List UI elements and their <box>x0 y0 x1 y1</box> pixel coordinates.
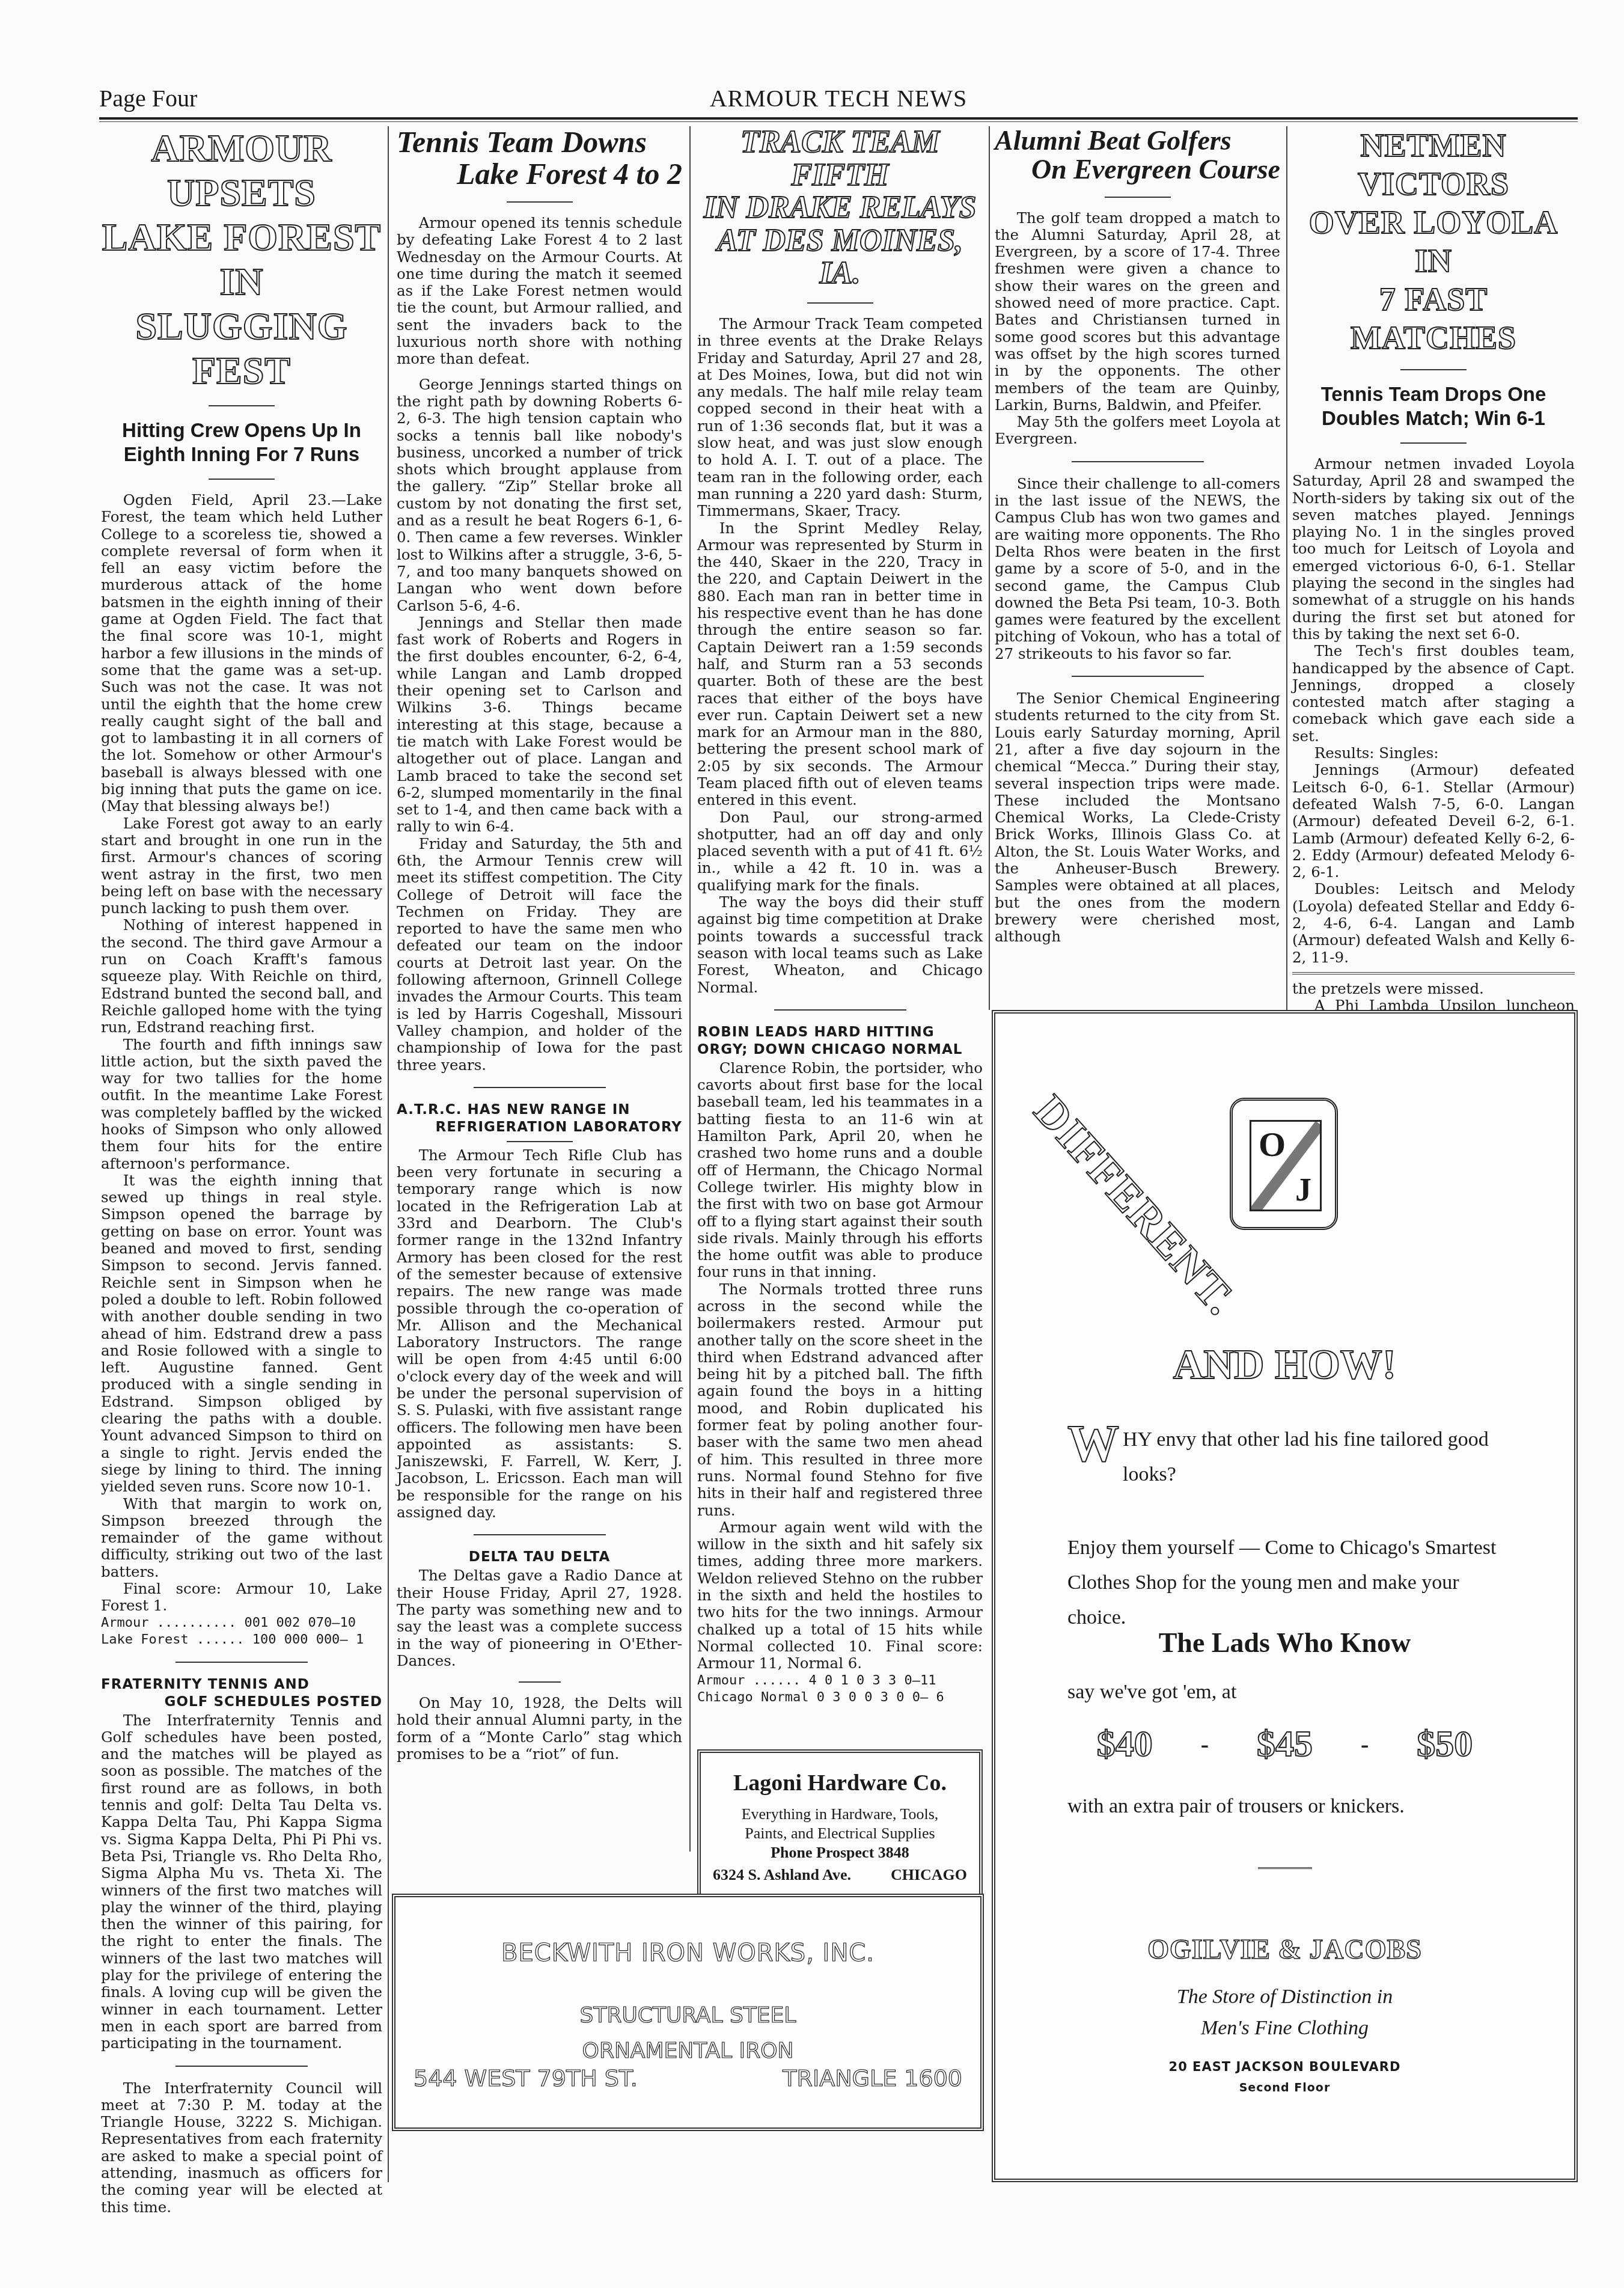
team-name: Chicago Normal <box>697 1690 808 1705</box>
headline-line: REFRIGERATION LABORATORY <box>397 1119 682 1136</box>
article-baseball: ARMOUR UPSETS LAKE FOREST IN SLUGGING FE… <box>101 126 382 1648</box>
innings: 001 002 070 <box>244 1615 332 1630</box>
paragraph: The Senior Chemical Engineering students… <box>995 690 1280 945</box>
article-golf: Alumni Beat Golfers On Evergreen Course … <box>995 126 1280 448</box>
paragraph: Nothing of interest happened in the seco… <box>101 917 382 1036</box>
ad-body: Enjoy them yourself — Come to Chicago's … <box>1067 1531 1502 1635</box>
divider <box>807 302 873 304</box>
paragraph: Don Paul, our strong-armed shotputter, h… <box>697 809 983 894</box>
ad-body: WHY envy that other lad his fine tailore… <box>1067 1422 1502 1492</box>
paper-name: ARMOUR TECH NEWS <box>99 84 1578 112</box>
paragraph: George Jennings started things on the ri… <box>397 376 682 614</box>
ad-phone: TRIANGLE 1600 <box>783 2065 962 2091</box>
ad-title: Lagoni Hardware Co. <box>701 1770 979 1796</box>
price-separator: - <box>1361 1730 1369 1758</box>
column-2: Tennis Team Downs Lake Forest 4 to 2 Arm… <box>397 126 682 1763</box>
ad-tagline: AND HOW! <box>995 1341 1574 1389</box>
column-divider <box>1286 126 1287 1010</box>
article-frat-schedules: FRATERNITY TENNIS AND GOLF SCHEDULES POS… <box>101 1676 382 2052</box>
paragraph: The Armour Tech Rifle Club has been very… <box>397 1147 682 1522</box>
paragraph: Jennings and Stellar then made fast work… <box>397 614 682 836</box>
ad-text: say we've got 'em, at <box>1067 1675 1502 1710</box>
ad-title: BECKWITH IRON WORKS, INC. <box>395 1939 980 1967</box>
innings: 0 3 0 0 3 0 0 <box>817 1690 920 1705</box>
total: 6 <box>936 1690 944 1705</box>
store-tagline: The Store of Distinction in Men's Fine C… <box>995 1981 1574 2044</box>
paragraph: Friday and Saturday, the 5th and 6th, th… <box>397 836 682 1074</box>
innings: 100 000 000 <box>252 1632 340 1647</box>
paragraph: the pretzels were missed. <box>1292 980 1575 997</box>
tagline-line: The Store of Distinction in <box>995 1981 1574 2013</box>
street: 6324 S. Ashland Ave. <box>713 1866 851 1884</box>
paragraph: It was the eighth inning that sewed up t… <box>101 1172 382 1496</box>
article-netmen: NETMEN VICTORS OVER LOYOLA IN 7 FAST MAT… <box>1292 126 1575 966</box>
ad-phone: Phone Prospect 3848 <box>701 1843 979 1862</box>
drop-cap: W <box>1067 1422 1119 1464</box>
ad-lagoni-hardware: Lagoni Hardware Co. Everything in Hardwa… <box>697 1749 983 1903</box>
box-score: Armour .......... 001 002 070—10 Lake Fo… <box>101 1615 382 1648</box>
column-5: NETMEN VICTORS OVER LOYOLA IN 7 FAST MAT… <box>1292 126 1575 1100</box>
headline: ARMOUR UPSETS LAKE FOREST IN SLUGGING FE… <box>101 126 382 393</box>
divider <box>1400 369 1467 370</box>
paragraph: With that margin to work on, Simpson bre… <box>101 1496 382 1580</box>
headline-line: AT DES MOINES, IA. <box>697 225 983 290</box>
masthead: Page Four ARMOUR TECH NEWS <box>99 84 1578 120</box>
article-council: The Interfraternity Council will meet at… <box>101 2080 382 2216</box>
divider <box>474 1087 606 1088</box>
headline-line: TRACK TEAM FIFTH <box>697 126 983 192</box>
article-campus-club: Since their challenge to all-comers in t… <box>995 476 1280 662</box>
paragraph: Clarence Robin, the portsider, who cavor… <box>697 1060 983 1281</box>
store-floor: Second Floor <box>995 2081 1574 2094</box>
divider <box>1258 1867 1312 1869</box>
paragraph: Armour netmen invaded Loyola Saturday, A… <box>1292 456 1575 643</box>
paragraph: Armour opened its tennis schedule by def… <box>397 215 682 368</box>
column-1: ARMOUR UPSETS LAKE FOREST IN SLUGGING FE… <box>101 126 382 2216</box>
paragraph: In the Sprint Medley Relay, Armour was r… <box>697 520 983 809</box>
total: 10 <box>340 1615 356 1630</box>
paragraph: The Interfraternity Tennis and Golf sche… <box>101 1712 382 2052</box>
team-name: Lake Forest <box>101 1632 189 1647</box>
column-4: Alumni Beat Golfers On Evergreen Course … <box>995 126 1280 945</box>
divider <box>774 1009 906 1011</box>
price-separator: - <box>1201 1730 1209 1758</box>
column-divider <box>689 126 691 1852</box>
article-headline: DELTA TAU DELTA <box>397 1549 682 1566</box>
headline-line: ORGY; DOWN CHICAGO NORMAL <box>697 1041 983 1059</box>
paragraph: Final score: Armour 10, Lake Forest 1. <box>101 1580 382 1615</box>
headline-line: NETMEN VICTORS <box>1292 126 1575 203</box>
box-score: Armour ...... 4 0 1 0 3 3 0—11 Chicago N… <box>697 1672 983 1706</box>
paragraph: The Tech's first doubles team, handicapp… <box>1292 643 1575 745</box>
masthead-rule <box>99 117 1578 122</box>
ad-text: Paints, and Electrical Supplies <box>701 1824 979 1843</box>
headline: NETMEN VICTORS OVER LOYOLA IN 7 FAST MAT… <box>1292 126 1575 357</box>
ad-address: 6324 S. Ashland Ave. CHICAGO <box>701 1866 979 1884</box>
paragraph: The golf team dropped a match to the Alu… <box>995 210 1280 414</box>
paragraph: Doubles: Leitsch and Melody (Loyola) def… <box>1292 881 1575 965</box>
divider <box>209 405 275 406</box>
store-address: 20 EAST JACKSON BOULEVARD <box>995 2060 1574 2074</box>
column-3: TRACK TEAM FIFTH IN DRAKE RELAYS AT DES … <box>697 126 983 1706</box>
article-chem-trip: The Senior Chemical Engineering students… <box>995 690 1280 945</box>
divider <box>474 1534 606 1535</box>
column-divider <box>989 126 990 1010</box>
logo-letter: O <box>1259 1124 1286 1164</box>
article-tennis: Tennis Team Downs Lake Forest 4 to 2 Arm… <box>397 126 682 1074</box>
divider <box>507 201 573 203</box>
headline-line: OVER LOYOLA IN <box>1292 203 1575 280</box>
divider <box>1105 197 1171 198</box>
ad-ogilvie-jacobs: DIFFERENT. O J AND HOW! WHY envy that ot… <box>992 1010 1578 2182</box>
headline: TRACK TEAM FIFTH IN DRAKE RELAYS AT DES … <box>697 126 983 290</box>
headline: Alumni Beat Golfers On Evergreen Course <box>995 126 1280 185</box>
price: $50 <box>1417 1723 1473 1766</box>
headline-line: IN DRAKE RELAYS <box>697 192 983 225</box>
headline-line: GOLF SCHEDULES POSTED <box>101 1693 382 1711</box>
store-name: OGILVIE & JACOBS <box>995 1933 1574 1965</box>
headline-line: FRATERNITY TENNIS AND <box>101 1676 382 1693</box>
headline-line: Lake Forest 4 to 2 <box>397 158 682 190</box>
tagline-line: Men's Fine Clothing <box>995 2013 1574 2044</box>
divider <box>176 1662 308 1663</box>
ad-footer: 544 WEST 79TH ST. TRIANGLE 1600 <box>414 2065 962 2091</box>
headline-line: LAKE FOREST IN <box>101 215 382 304</box>
headline-line: On Evergreen Course <box>995 155 1280 184</box>
ad-text: HY envy that other lad his fine tailored… <box>1123 1428 1489 1485</box>
ad-heading: The Lads Who Know <box>995 1627 1574 1659</box>
headline-line: SLUGGING FEST <box>101 304 382 393</box>
paragraph: Ogden Field, April 23.—Lake Forest, the … <box>101 492 382 815</box>
ad-slogan: DIFFERENT. <box>1024 1086 1247 1326</box>
innings: 4 0 1 0 3 3 0 <box>808 1673 912 1688</box>
paragraph: Armour again went wild with the willow i… <box>697 1519 983 1672</box>
subheadline: Hitting Crew Opens Up In Eighth Inning F… <box>101 418 382 466</box>
ad-text: with an extra pair of trousers or knicke… <box>1067 1789 1502 1824</box>
article-headline: FRATERNITY TENNIS AND GOLF SCHEDULES POS… <box>101 1676 382 1711</box>
paragraph: May 5th the golfers meet Loyola at Everg… <box>995 414 1280 448</box>
subheadline: Tennis Team Drops One Doubles Match; Win… <box>1292 382 1575 430</box>
article-delta-tau-delta: DELTA TAU DELTA The Deltas gave a Radio … <box>397 1549 682 1763</box>
oj-logo-icon: O J <box>1230 1098 1338 1230</box>
column-divider <box>388 126 389 2182</box>
price: $40 <box>1097 1723 1153 1766</box>
divider <box>519 1681 561 1683</box>
headline-line: Alumni Beat Golfers <box>995 126 1280 155</box>
headline-line: 7 FAST MATCHES <box>1292 280 1575 357</box>
divider <box>1292 972 1575 974</box>
team-name: Armour <box>697 1673 745 1688</box>
city: CHICAGO <box>891 1866 967 1884</box>
headline-line: Tennis Team Downs <box>397 126 682 158</box>
total: 11 <box>920 1673 936 1688</box>
paragraph: The Armour Track Team competed in three … <box>697 316 983 520</box>
paragraph: Results: Singles: <box>1292 745 1575 762</box>
total: 1 <box>356 1632 364 1647</box>
paragraph: The way the boys did their stuff against… <box>697 894 983 996</box>
paragraph: The Normals trotted three runs across in… <box>697 1281 983 1519</box>
paragraph: The fourth and fifth innings saw little … <box>101 1036 382 1172</box>
headline-line: ROBIN LEADS HARD HITTING <box>697 1024 983 1041</box>
divider <box>209 479 275 480</box>
article-rifle-club: A.T.R.C. HAS NEW RANGE IN REFRIGERATION … <box>397 1101 682 1522</box>
divider <box>176 2066 308 2067</box>
divider <box>1400 442 1467 444</box>
ad-beckwith-iron-works: BECKWITH IRON WORKS, INC. STRUCTURAL STE… <box>392 1894 984 2131</box>
ad-text: Everything in Hardware, Tools, <box>701 1805 979 1824</box>
ad-text: STRUCTURAL STEEL <box>395 2003 980 2028</box>
logo-letter: J <box>1295 1171 1311 1208</box>
paragraph: Lake Forest got away to an early start a… <box>101 815 382 917</box>
ad-prices: $40 - $45 - $50 <box>995 1723 1574 1766</box>
divider <box>507 1141 573 1142</box>
article-robin: ROBIN LEADS HARD HITTING ORGY; DOWN CHIC… <box>697 1024 983 1706</box>
headline: Tennis Team Downs Lake Forest 4 to 2 <box>397 126 682 189</box>
logo-square: O J <box>1250 1120 1322 1211</box>
article-headline: ROBIN LEADS HARD HITTING ORGY; DOWN CHIC… <box>697 1024 983 1059</box>
divider <box>1072 676 1204 677</box>
paragraph: Since their challenge to all-comers in t… <box>995 476 1280 662</box>
paragraph: The Deltas gave a Radio Dance at their H… <box>397 1567 682 1669</box>
paragraph: The Interfraternity Council will meet at… <box>101 2080 382 2216</box>
ad-address: 544 WEST 79TH ST. <box>414 2065 638 2091</box>
divider <box>1072 461 1204 462</box>
headline-line: ARMOUR UPSETS <box>101 126 382 215</box>
article-headline: A.T.R.C. HAS NEW RANGE IN REFRIGERATION … <box>397 1101 682 1136</box>
paragraph: Jennings (Armour) defeated Leitsch 6-0, … <box>1292 762 1575 881</box>
ad-text: ORNAMENTAL IRON <box>395 2039 980 2063</box>
price: $45 <box>1257 1723 1313 1766</box>
paragraph: On May 10, 1928, the Delts will hold the… <box>397 1695 682 1763</box>
team-name: Armour <box>101 1615 148 1630</box>
headline-line: A.T.R.C. HAS NEW RANGE IN <box>397 1101 682 1119</box>
article-track: TRACK TEAM FIFTH IN DRAKE RELAYS AT DES … <box>697 126 983 996</box>
